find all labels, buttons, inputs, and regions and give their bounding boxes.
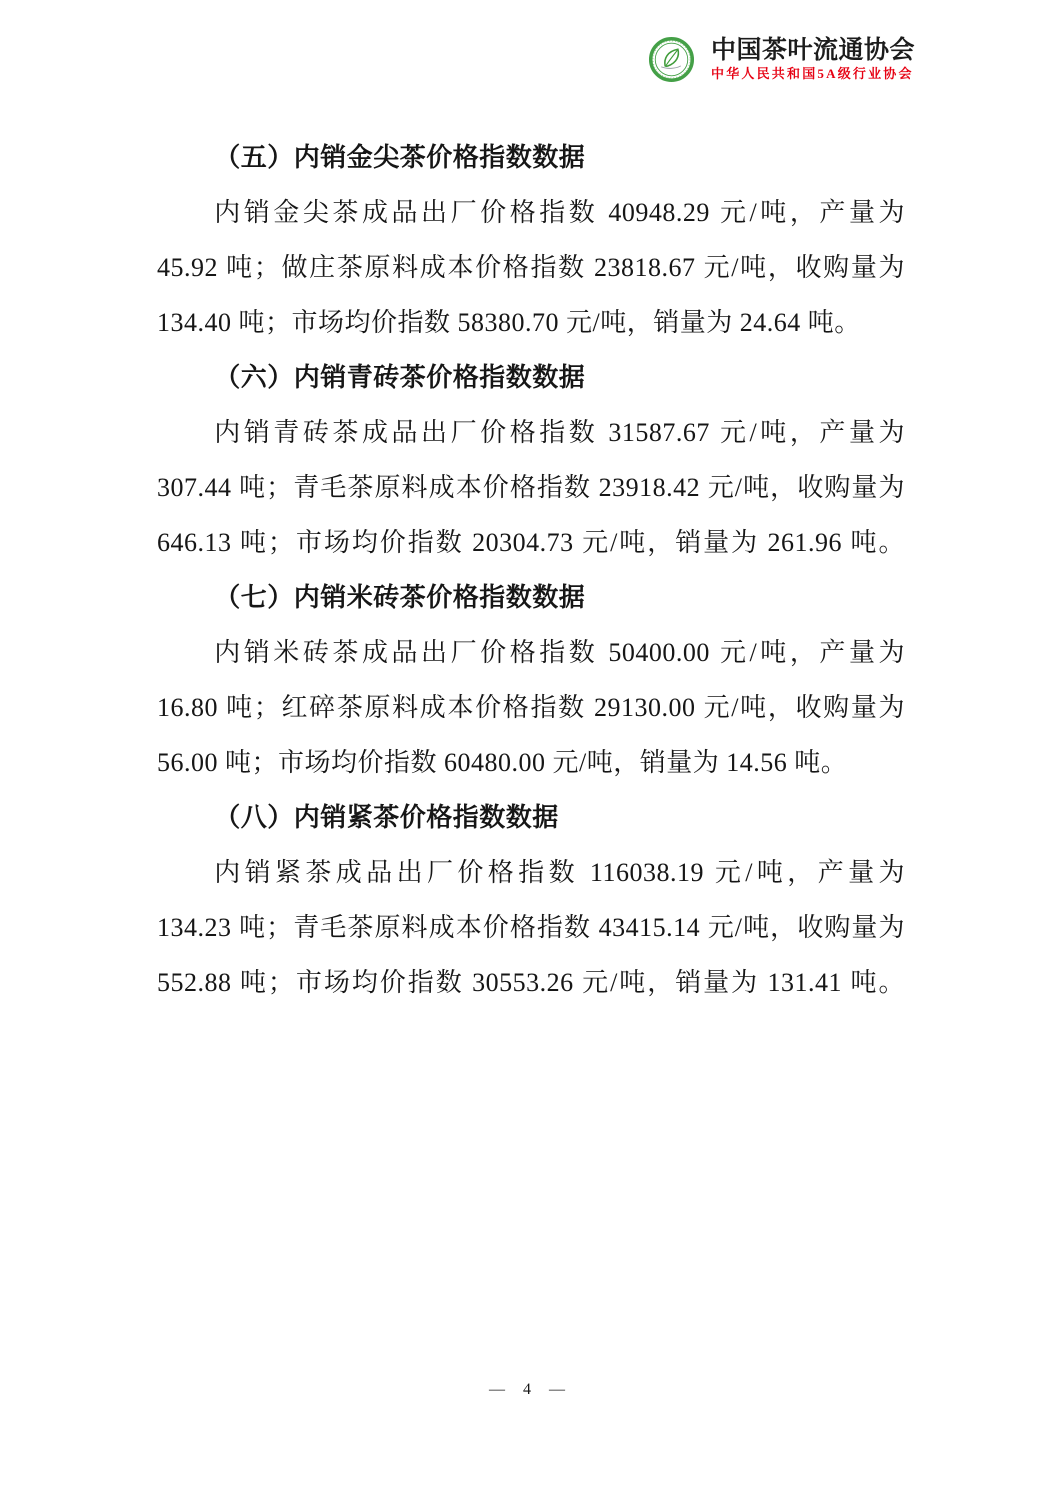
org-name: 中国茶叶流通协会 [711, 37, 917, 65]
section-heading: （五）内销金尖茶价格指数数据 [157, 130, 905, 185]
section-heading: （六）内销青砖茶价格指数数据 [157, 350, 905, 405]
section-8-jin-tea: （八）内销紧茶价格指数数据 内销紧茶成品出厂价格指数 116038.19 元/吨… [157, 790, 905, 1010]
section-text-line: 307.44 吨；青毛茶原料成本价格指数 23918.42 元/吨，收购量为 [157, 460, 905, 515]
section-6-qingzhuan-tea: （六）内销青砖茶价格指数数据 内销青砖茶成品出厂价格指数 31587.67 元/… [157, 350, 905, 570]
section-text-line: 内销米砖茶成品出厂价格指数 50400.00 元/吨，产量为 [157, 625, 905, 680]
section-text-line: 134.23 吨；青毛茶原料成本价格指数 43415.14 元/吨，收购量为 [157, 900, 905, 955]
section-text-line: 134.40 吨；市场均价指数 58380.70 元/吨，销量为 24.64 吨… [157, 295, 905, 350]
section-text-line: 16.80 吨；红碎茶原料成本价格指数 29130.00 元/吨，收购量为 [157, 680, 905, 735]
document-body: （五）内销金尖茶价格指数数据 内销金尖茶成品出厂价格指数 40948.29 元/… [157, 130, 905, 1010]
section-heading: （八）内销紧茶价格指数数据 [157, 790, 905, 845]
section-text-line: 646.13 吨；市场均价指数 20304.73 元/吨，销量为 261.96 … [157, 515, 905, 570]
section-text-line: 内销金尖茶成品出厂价格指数 40948.29 元/吨，产量为 [157, 185, 905, 240]
page-footer: — 4 — [0, 1378, 1061, 1402]
section-heading: （七）内销米砖茶价格指数数据 [157, 570, 905, 625]
section-text-line: 内销紧茶成品出厂价格指数 116038.19 元/吨，产量为 [157, 845, 905, 900]
document-page: 中国茶叶流通协会 中华人民共和国5A级行业协会 （五）内销金尖茶价格指数数据 内… [0, 0, 1061, 1500]
org-logo-text: 中国茶叶流通协会 中华人民共和国5A级行业协会 [711, 37, 917, 82]
org-logo: 中国茶叶流通协会 中华人民共和国5A级行业协会 [648, 36, 917, 83]
section-text-line: 552.88 吨；市场均价指数 30553.26 元/吨，销量为 131.41 … [157, 955, 905, 1010]
section-text-line: 内销青砖茶成品出厂价格指数 31587.67 元/吨，产量为 [157, 405, 905, 460]
section-5-jinjian-tea: （五）内销金尖茶价格指数数据 内销金尖茶成品出厂价格指数 40948.29 元/… [157, 130, 905, 350]
section-text-line: 56.00 吨；市场均价指数 60480.00 元/吨，销量为 14.56 吨。 [157, 735, 905, 790]
section-text-line: 45.92 吨；做庄茶原料成本价格指数 23818.67 元/吨，收购量为 [157, 240, 905, 295]
section-7-mizhuan-tea: （七）内销米砖茶价格指数数据 内销米砖茶成品出厂价格指数 50400.00 元/… [157, 570, 905, 790]
tea-leaf-emblem-icon [648, 36, 695, 83]
page-number: — 4 — [489, 1381, 572, 1398]
org-subtitle: 中华人民共和国5A级行业协会 [711, 66, 917, 82]
